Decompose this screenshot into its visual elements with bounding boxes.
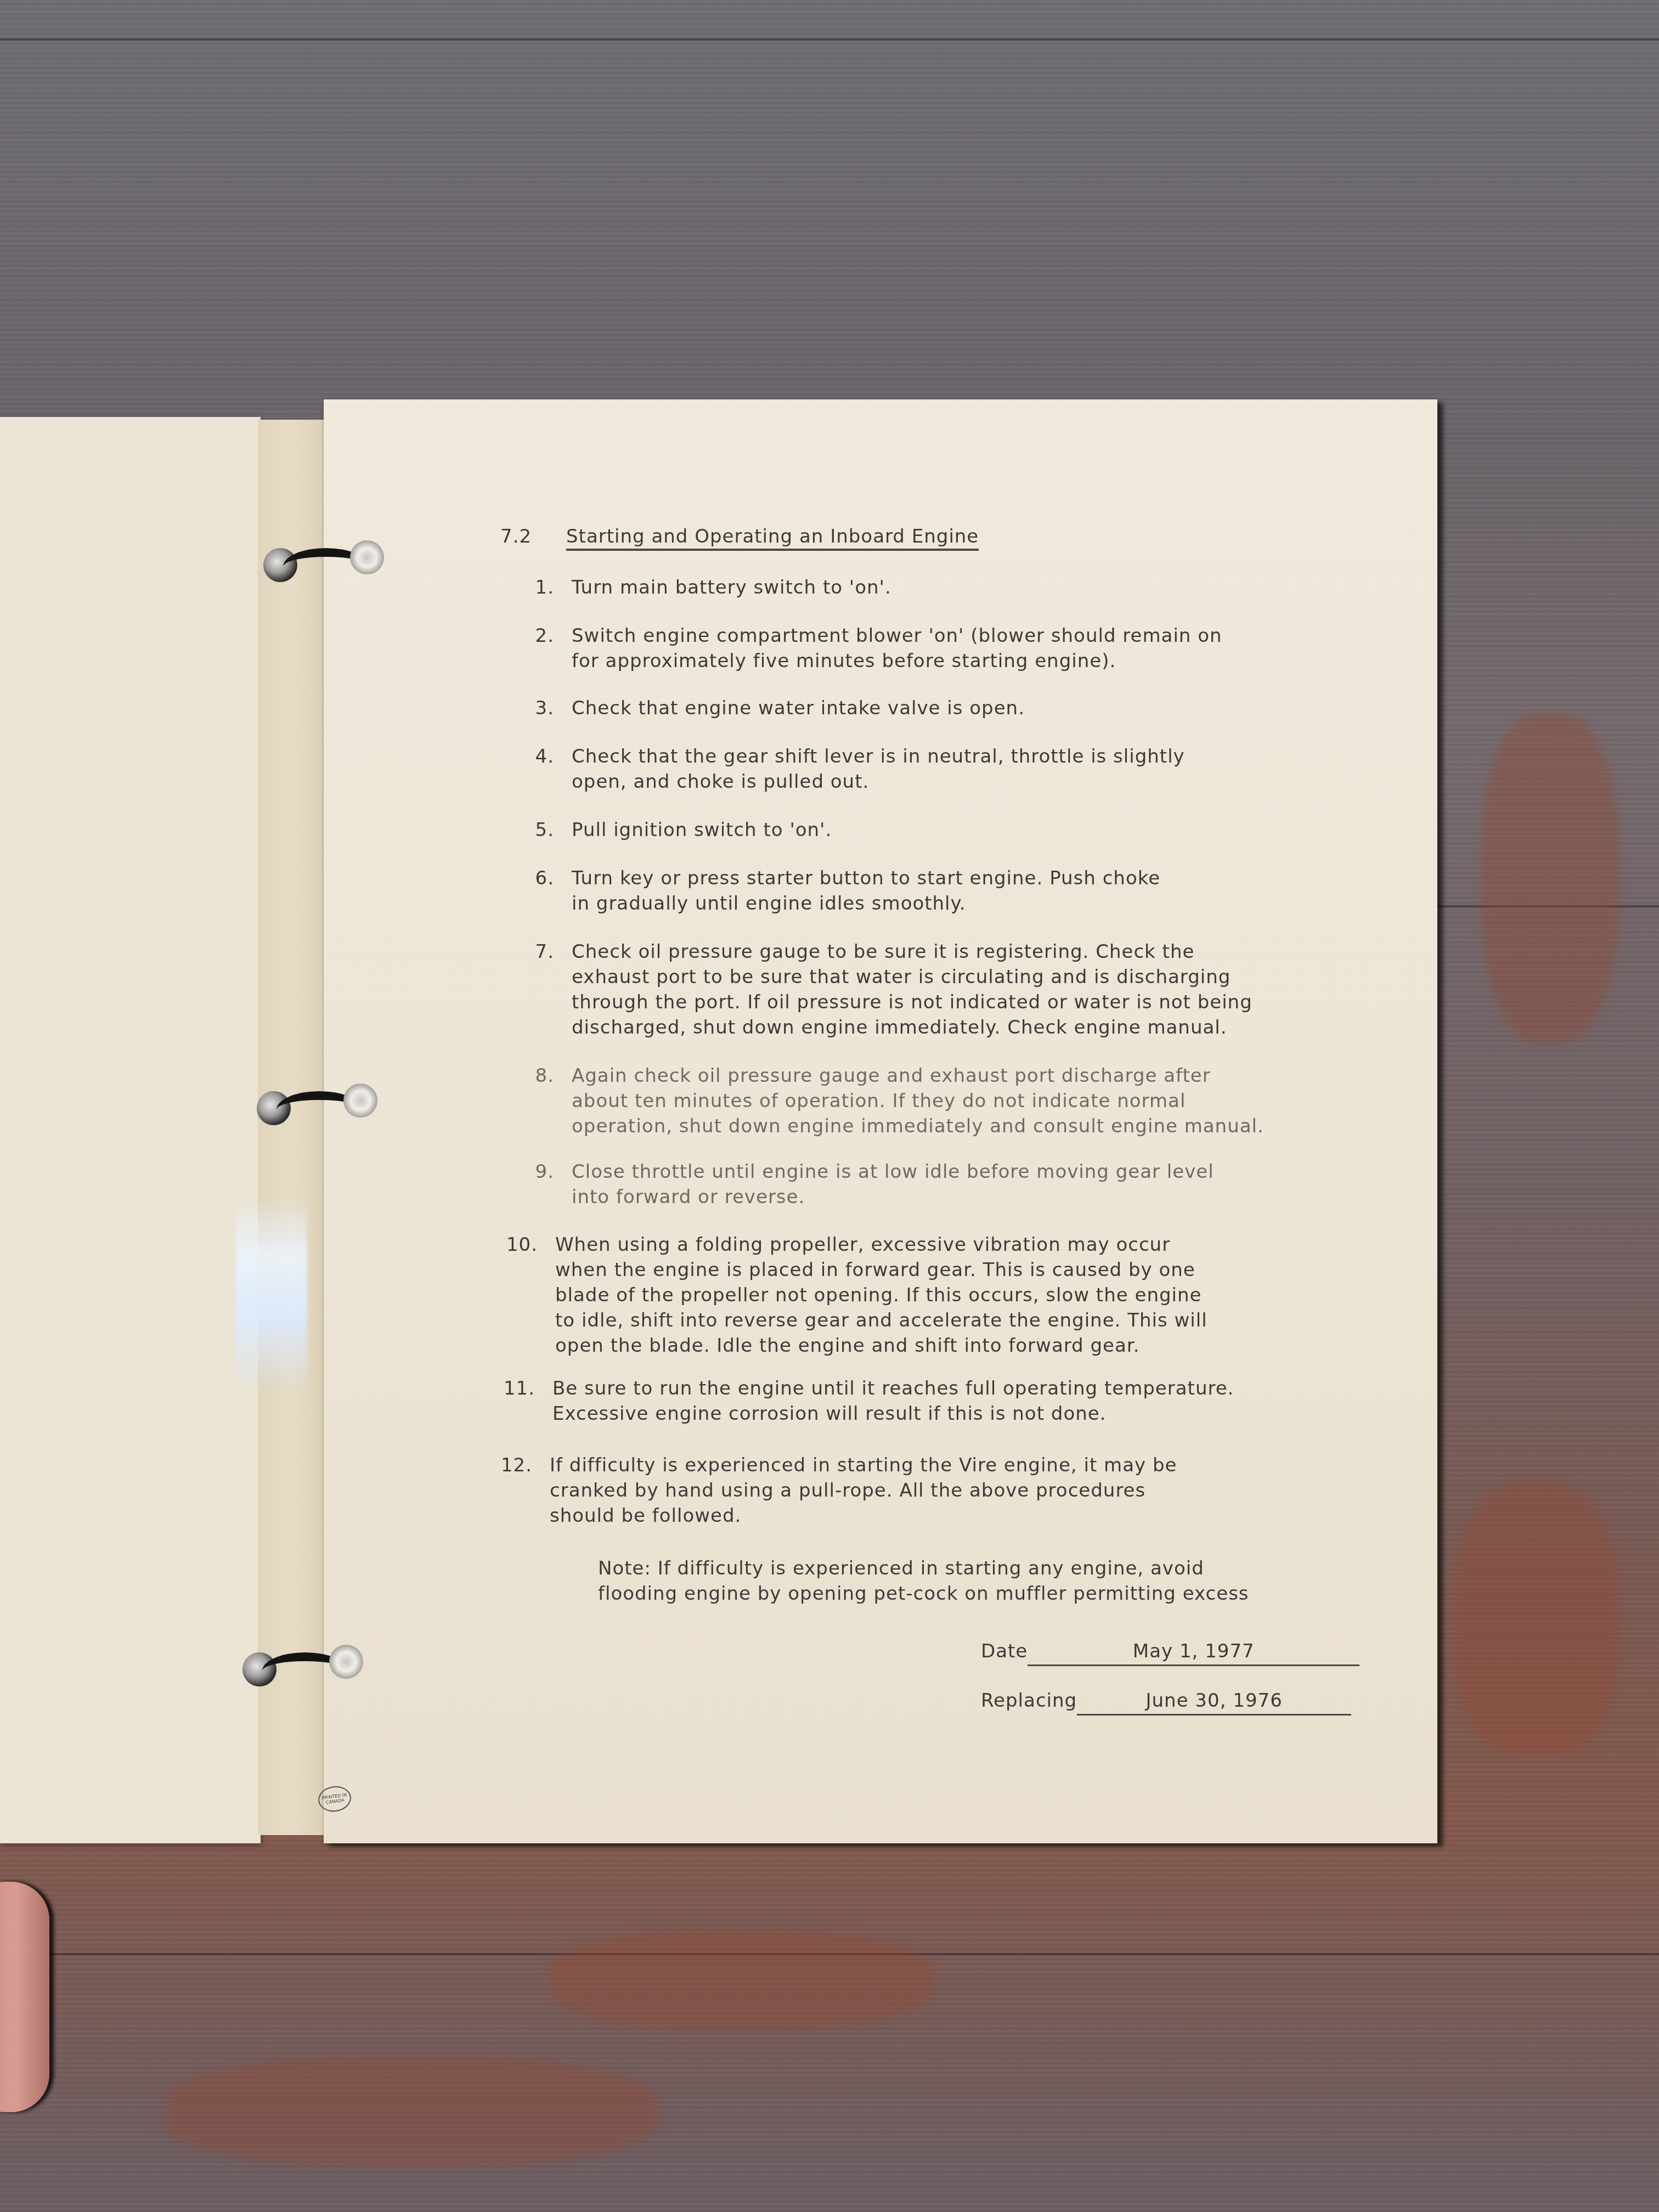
wood-rust-stain: [1454, 1481, 1618, 1756]
wood-rust-stain: [1481, 713, 1618, 1042]
step-number: 7.: [505, 939, 554, 964]
step-number: 5.: [505, 817, 554, 843]
wood-rust-stain: [549, 1931, 933, 2030]
document-body: 7.2 Starting and Operating an Inboard En…: [324, 399, 1437, 1843]
step-text: Again check oil pressure gauge and exhau…: [572, 1063, 1362, 1139]
step-text: Close throttle until engine is at low id…: [572, 1159, 1362, 1210]
binder-spine-strip: [258, 420, 325, 1835]
replacing-field: ReplacingJune 30, 1976: [981, 1690, 1351, 1716]
step-text: Check that the gear shift lever is in ne…: [572, 744, 1362, 794]
step-number: 4.: [505, 744, 554, 769]
step-text: Switch engine compartment blower 'on' (b…: [572, 623, 1362, 674]
date-field: DateMay 1, 1977: [981, 1640, 1359, 1666]
wood-plank-seam: [0, 38, 1659, 41]
light-glare: [236, 1196, 307, 1393]
step-number: 1.: [505, 575, 554, 600]
punch-hole: [329, 1645, 363, 1679]
step-text: Check that engine water intake valve is …: [572, 696, 1362, 721]
step-text: When using a folding propeller, excessiv…: [555, 1232, 1345, 1358]
step-number: 11.: [486, 1376, 535, 1401]
manual-page: 7.2 Starting and Operating an Inboard En…: [324, 399, 1437, 1843]
step-number: 3.: [505, 696, 554, 721]
step-number: 8.: [505, 1063, 554, 1088]
note-text: Note: If difficulty is experienced in st…: [598, 1556, 1366, 1606]
binder-ring-icon: [242, 1645, 363, 1689]
date-label: Date: [981, 1640, 1028, 1662]
step-text: Turn key or press starter button to star…: [572, 866, 1362, 916]
step-text: Turn main battery switch to 'on'.: [572, 575, 1362, 600]
step-number: 2.: [505, 623, 554, 648]
step-text: Check oil pressure gauge to be sure it i…: [572, 939, 1362, 1040]
section-number: 7.2: [500, 526, 532, 548]
wood-rust-stain: [165, 2057, 658, 2167]
replacing-label: Replacing: [981, 1690, 1077, 1712]
step-text: Be sure to run the engine until it reach…: [552, 1376, 1342, 1426]
finger: [0, 1882, 49, 2112]
binder-ring-icon: [257, 1084, 377, 1127]
step-text: If difficulty is experienced in starting…: [550, 1453, 1340, 1528]
section-title: Starting and Operating an Inboard Engine: [566, 526, 979, 551]
punch-hole: [343, 1084, 377, 1118]
step-number: 6.: [505, 866, 554, 891]
step-number: 12.: [483, 1453, 532, 1478]
left-binder-page: [0, 417, 261, 1843]
step-number: 9.: [505, 1159, 554, 1184]
date-value: May 1, 1977: [1028, 1640, 1359, 1666]
punch-hole: [350, 540, 384, 574]
step-text: Pull ignition switch to 'on'.: [572, 817, 1362, 843]
step-number: 10.: [488, 1232, 538, 1257]
replacing-value: June 30, 1976: [1077, 1690, 1351, 1716]
binder-ring-icon: [263, 540, 384, 584]
